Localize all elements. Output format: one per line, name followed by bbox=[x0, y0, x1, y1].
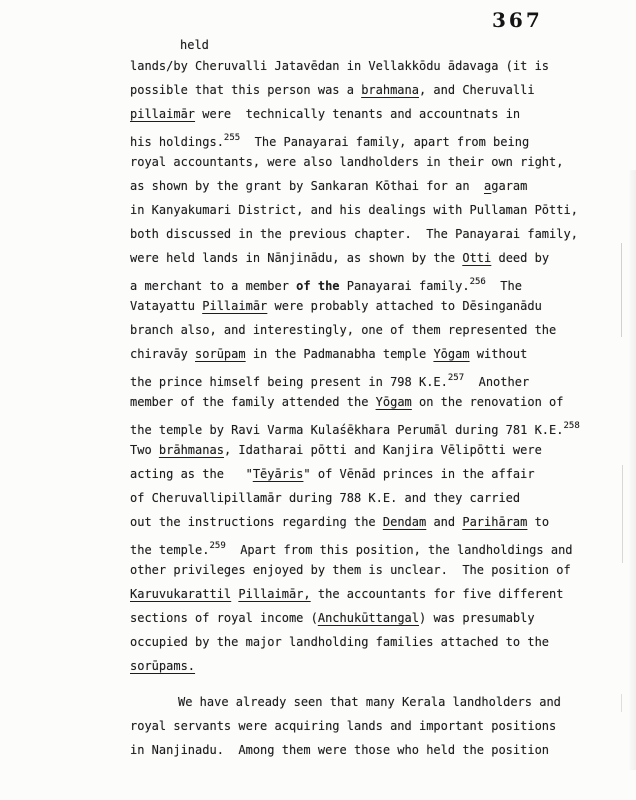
underlined-term: brāhmanas bbox=[159, 443, 224, 457]
text-segment: in Kanyakumari District, and his dealing… bbox=[130, 203, 578, 217]
underlined-term: Karuvukarattil bbox=[130, 587, 231, 601]
paragraph: heldlands/by Cheruvalli Jatavēdan in Vel… bbox=[130, 36, 580, 678]
text-segment: in Nanjinadu. Among them were those who … bbox=[130, 743, 549, 757]
text-line: branch also, and interestingly, one of t… bbox=[130, 318, 580, 342]
text-segment: , and Cheruvalli bbox=[419, 83, 535, 97]
text-line: the temple by Ravi Varma Kulaśēkhara Per… bbox=[130, 414, 580, 438]
text-segment: of Cheruvallipillamār during 788 K.E. an… bbox=[130, 491, 520, 505]
text-segment: garam bbox=[491, 179, 527, 193]
footnote-reference: 259 bbox=[209, 541, 225, 551]
underlined-term: Dendam bbox=[383, 515, 426, 529]
text-segment: Another bbox=[464, 375, 529, 389]
text-segment: the accountants for five different bbox=[311, 587, 564, 601]
footnote-reference: 258 bbox=[563, 421, 579, 431]
text-segment: his holdings. bbox=[130, 135, 224, 149]
footnote-reference: 256 bbox=[470, 277, 486, 287]
text-segment: The Panayarai family, apart from being bbox=[240, 135, 529, 149]
scan-edge-shadow bbox=[628, 170, 636, 770]
underlined-term: pillaimār bbox=[130, 107, 195, 121]
text-segment: a merchant to a member bbox=[130, 279, 296, 293]
underlined-term: Yōgam bbox=[433, 347, 469, 361]
footnote-reference: 255 bbox=[224, 133, 240, 143]
text-line: pillaimār were technically tenants and a… bbox=[130, 102, 580, 126]
text-segment: the temple. bbox=[130, 543, 209, 557]
text-segment: and bbox=[426, 515, 462, 529]
text-segment: Vatayattu bbox=[130, 299, 202, 313]
text-segment: to bbox=[527, 515, 549, 529]
text-line: Two brāhmanas, Idatharai pōtti and Kanji… bbox=[130, 438, 580, 462]
text-segment: We have already seen that many Kerala la… bbox=[178, 695, 561, 709]
text-line: occupied by the major landholding famili… bbox=[130, 630, 580, 654]
text-line: a merchant to a member of the Panayarai … bbox=[130, 270, 580, 294]
text-segment: lands/by Cheruvalli Jatavēdan in Vellakk… bbox=[130, 59, 549, 73]
text-line: both discussed in the previous chapter. … bbox=[130, 222, 580, 246]
underlined-term: Otti bbox=[462, 251, 491, 265]
text-segment: sections of royal income ( bbox=[130, 611, 318, 625]
text-segment: possible that this person was a bbox=[130, 83, 361, 97]
text-segment: in the Padmanabha temple bbox=[246, 347, 434, 361]
text-segment: branch also, and interestingly, one of t… bbox=[130, 323, 556, 337]
text-segment: acting as the " bbox=[130, 467, 253, 481]
scanned-page: 367 heldlands/by Cheruvalli Jatavēdan in… bbox=[0, 0, 636, 800]
text-line: possible that this person was a brahmana… bbox=[130, 78, 580, 102]
text-line: the temple.259 Apart from this position,… bbox=[130, 534, 580, 558]
underlined-term: Yōgam bbox=[376, 395, 412, 409]
text-line: of Cheruvallipillamār during 788 K.E. an… bbox=[130, 486, 580, 510]
text-line: royal servants were acquiring lands and … bbox=[130, 714, 580, 738]
scan-artifact-line bbox=[621, 694, 622, 712]
text-segment: of the bbox=[296, 279, 339, 293]
text-segment: royal accountants, were also landholders… bbox=[130, 155, 563, 169]
text-line: We have already seen that many Kerala la… bbox=[130, 690, 580, 714]
text-segment: held bbox=[180, 38, 209, 52]
underlined-term: Anchukūttangal bbox=[318, 611, 419, 625]
inserted-word-line: held bbox=[130, 36, 580, 54]
underlined-term: Parihāram bbox=[462, 515, 527, 529]
text-line: lands/by Cheruvalli Jatavēdan in Vellakk… bbox=[130, 54, 580, 78]
text-line: sorūpams. bbox=[130, 654, 580, 678]
text-segment: occupied by the major landholding famili… bbox=[130, 635, 549, 649]
text-line: chiravāy sorūpam in the Padmanabha templ… bbox=[130, 342, 580, 366]
text-line: the prince himself being present in 798 … bbox=[130, 366, 580, 390]
text-segment: were held lands in Nānjinādu, as shown b… bbox=[130, 251, 462, 265]
page-number: 367 bbox=[492, 8, 543, 32]
underlined-term: Tēyāris bbox=[253, 467, 304, 481]
text-line: acting as the "Tēyāris" of Vēnād princes… bbox=[130, 462, 580, 486]
underlined-term: sorūpam bbox=[195, 347, 246, 361]
text-segment: Two bbox=[130, 443, 159, 457]
footnote-reference: 257 bbox=[448, 373, 464, 383]
text-segment: " of Vēnād princes in the affair bbox=[303, 467, 534, 481]
text-block: heldlands/by Cheruvalli Jatavēdan in Vel… bbox=[130, 36, 580, 762]
text-segment: ) was presumably bbox=[419, 611, 535, 625]
text-segment: were probably attached to Dēsinganādu bbox=[267, 299, 542, 313]
underlined-term: Pillaimār, bbox=[238, 587, 310, 601]
text-segment: on the renovation of bbox=[412, 395, 564, 409]
text-line: as shown by the grant by Sankaran Kōthai… bbox=[130, 174, 580, 198]
text-segment: Panayarai family. bbox=[340, 279, 470, 293]
text-segment: out the instructions regarding the bbox=[130, 515, 383, 529]
text-line: Karuvukarattil Pillaimār, the accountant… bbox=[130, 582, 580, 606]
text-segment: member of the family attended the bbox=[130, 395, 376, 409]
text-segment: the temple by Ravi Varma Kulaśēkhara Per… bbox=[130, 423, 563, 437]
text-line: other privileges enjoyed by them is uncl… bbox=[130, 558, 580, 582]
text-line: in Nanjinadu. Among them were those who … bbox=[130, 738, 580, 762]
text-segment: both discussed in the previous chapter. … bbox=[130, 227, 578, 241]
text-line: his holdings.255 The Panayarai family, a… bbox=[130, 126, 580, 150]
text-line: out the instructions regarding the Denda… bbox=[130, 510, 580, 534]
scan-artifact-line bbox=[621, 243, 622, 337]
text-segment: deed by bbox=[491, 251, 549, 265]
text-line: sections of royal income (Anchukūttangal… bbox=[130, 606, 580, 630]
text-segment: The bbox=[486, 279, 522, 293]
text-segment: , Idatharai pōtti and Kanjira Vēlipōtti … bbox=[224, 443, 542, 457]
text-segment: other privileges enjoyed by them is uncl… bbox=[130, 563, 571, 577]
text-line: Vatayattu Pillaimār were probably attach… bbox=[130, 294, 580, 318]
text-segment: without bbox=[470, 347, 528, 361]
underlined-term: Pillaimār bbox=[202, 299, 267, 313]
text-segment: the prince himself being present in 798 … bbox=[130, 375, 448, 389]
text-line: royal accountants, were also landholders… bbox=[130, 150, 580, 174]
text-segment: were technically tenants and accountnats… bbox=[195, 107, 520, 121]
text-segment: Apart from this position, the landholdin… bbox=[226, 543, 573, 557]
text-line: were held lands in Nānjinādu, as shown b… bbox=[130, 246, 580, 270]
text-segment: royal servants were acquiring lands and … bbox=[130, 719, 556, 733]
underlined-term: brahmana bbox=[361, 83, 419, 97]
text-line: member of the family attended the Yōgam … bbox=[130, 390, 580, 414]
scan-artifact-line bbox=[622, 465, 623, 563]
paragraph: We have already seen that many Kerala la… bbox=[130, 690, 580, 762]
text-segment: chiravāy bbox=[130, 347, 195, 361]
text-line: in Kanyakumari District, and his dealing… bbox=[130, 198, 580, 222]
text-segment: as shown by the grant by Sankaran Kōthai… bbox=[130, 179, 484, 193]
underlined-term: sorūpams. bbox=[130, 659, 195, 673]
